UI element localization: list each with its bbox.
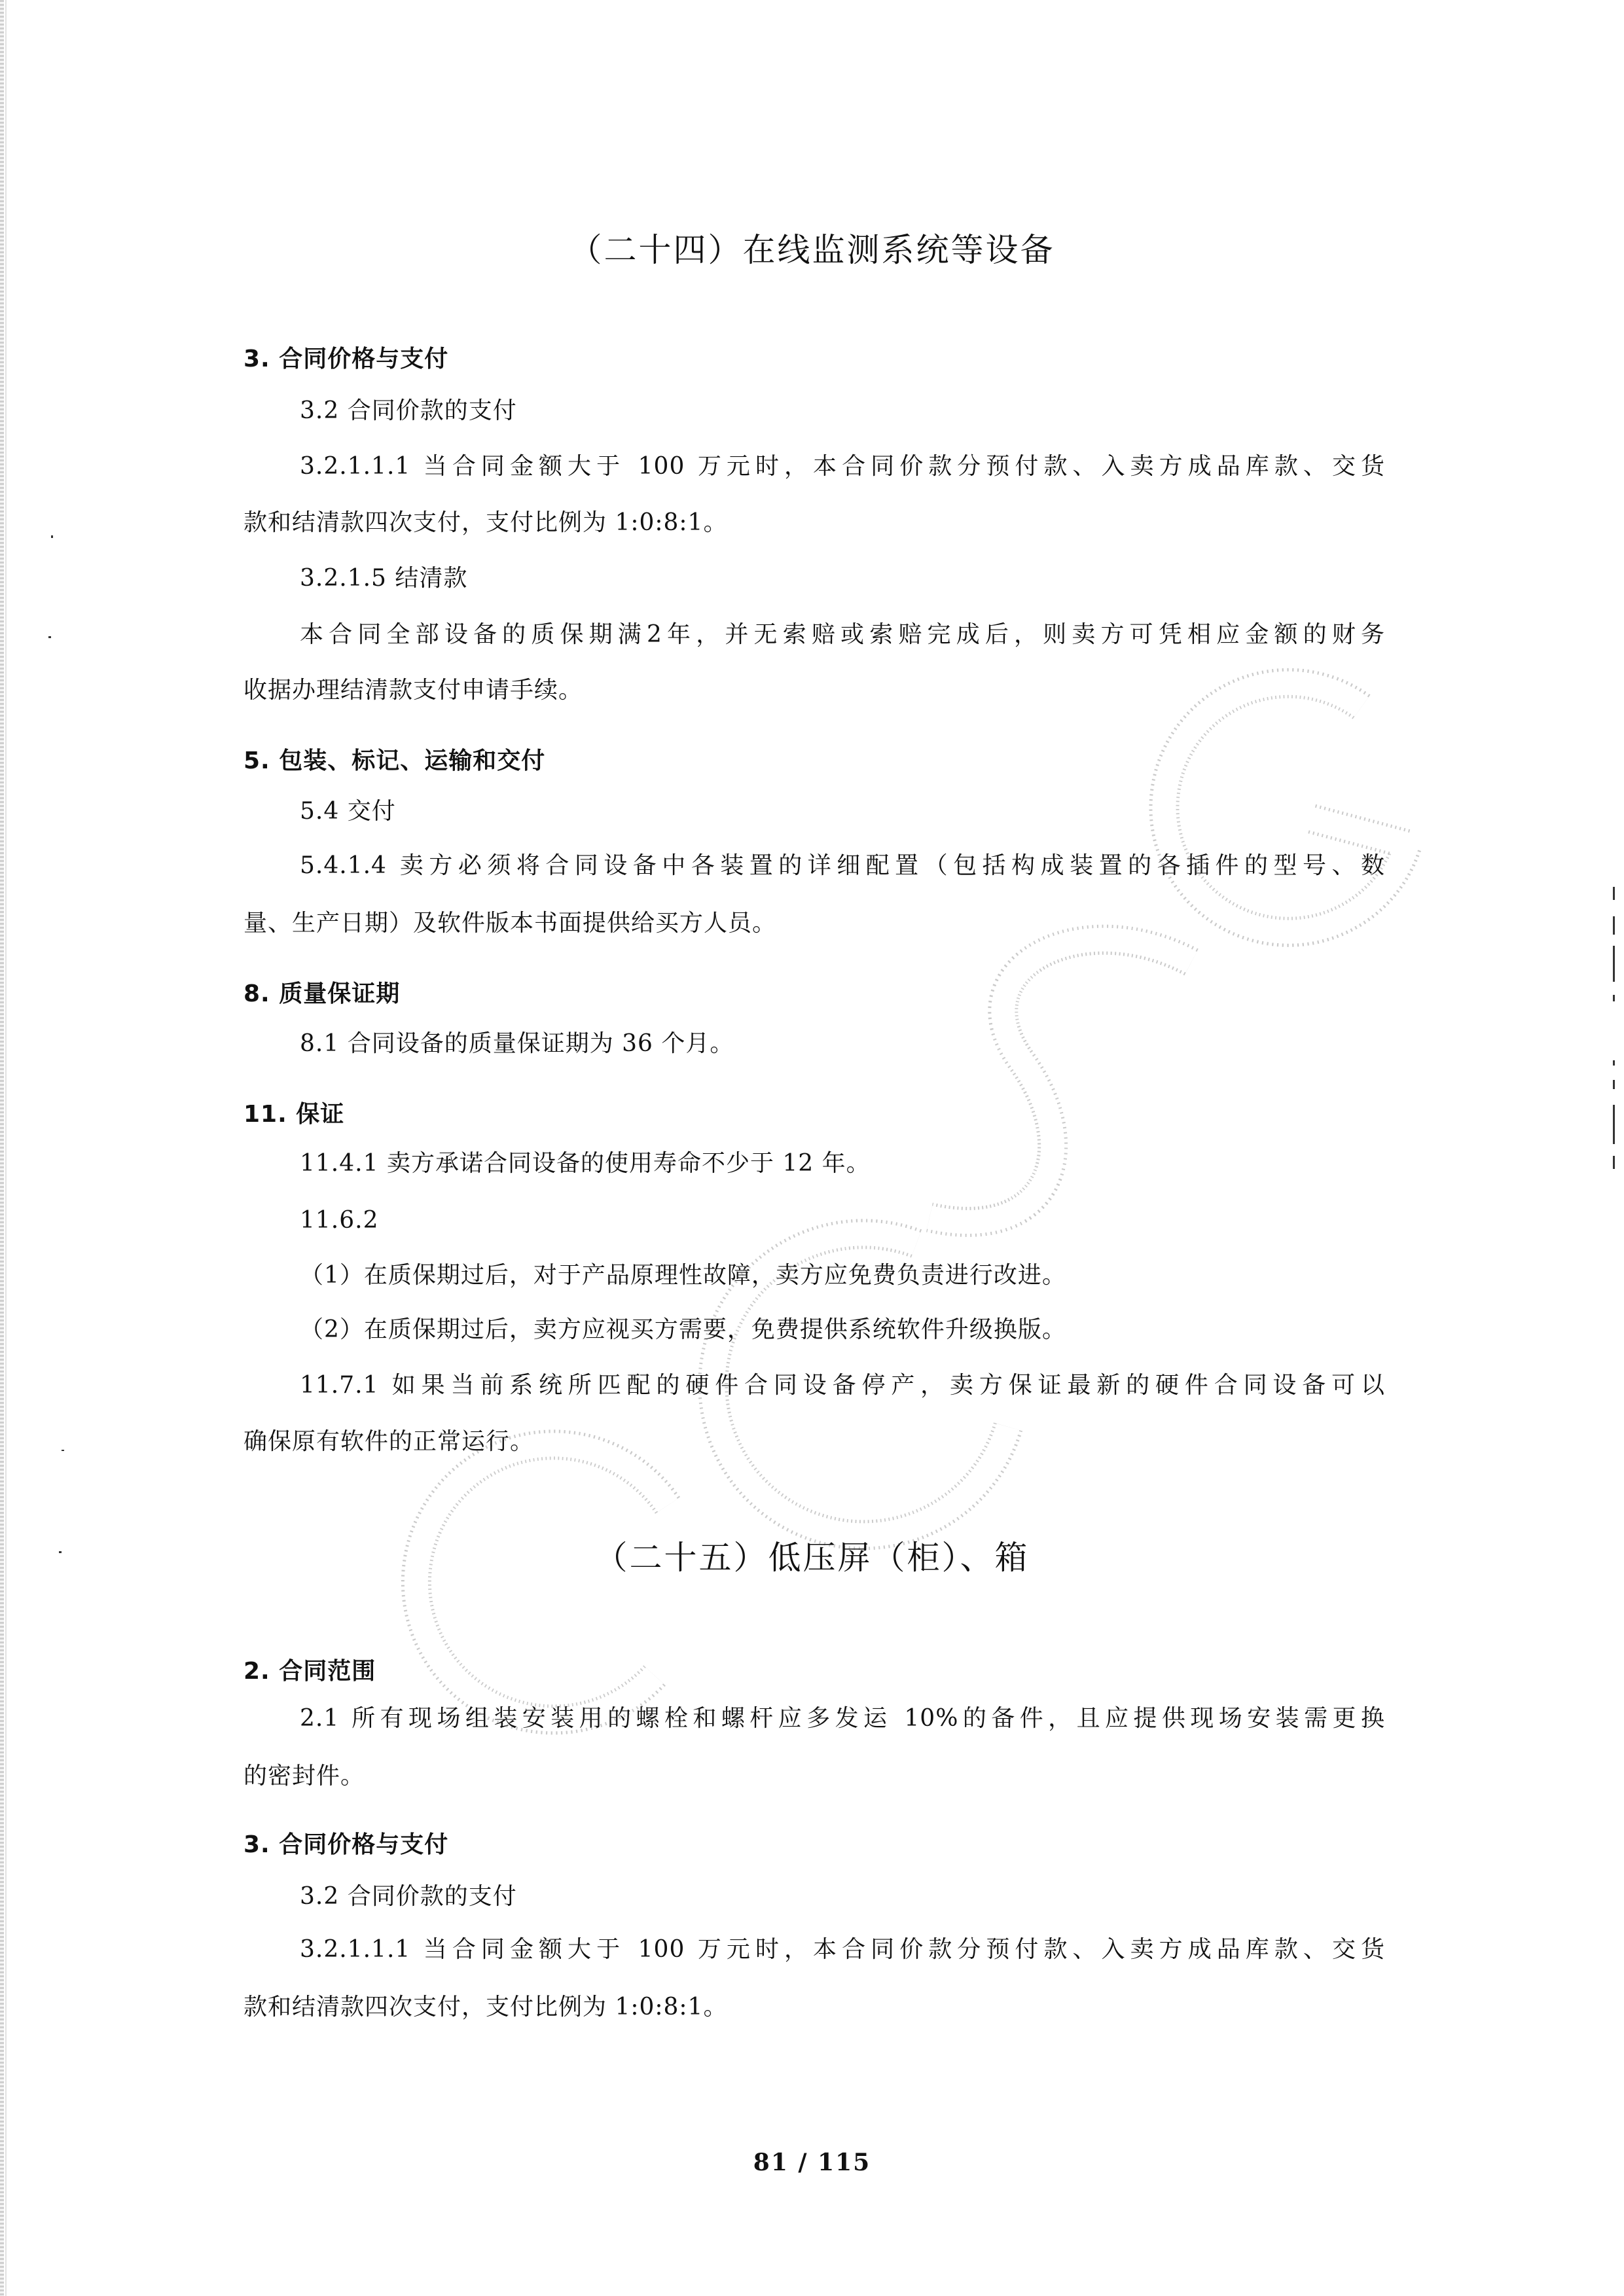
- edge-mark: [1613, 916, 1615, 935]
- scan-speck: [62, 1450, 64, 1451]
- paragraph: 本合同全部设备的质保期满2年，并无索赔或索赔完成后，则卖方可凭相应金额的财务: [300, 620, 1385, 649]
- section-title: （二十四）在线监测系统等设备: [0, 230, 1624, 270]
- clause-heading: 3. 合同价格与支付: [244, 1831, 448, 1859]
- list-item: （2）在质保期过后，卖方应视买方需要，免费提供系统软件升级换版。: [300, 1316, 1066, 1344]
- scan-speck: [59, 1551, 62, 1553]
- paragraph-continuation: 的密封件。: [244, 1762, 365, 1791]
- scan-border-line: [5, 0, 7, 2296]
- edge-mark: [1613, 887, 1615, 900]
- scan-speck: [48, 636, 51, 638]
- scan-border: [0, 0, 4, 2296]
- edge-mark: [1613, 1080, 1615, 1089]
- paragraph-continuation: 量、生产日期）及软件版本书面提供给买方人员。: [244, 909, 776, 938]
- subclause: 11.4.1 卖方承诺合同设备的使用寿命不少于 12 年。: [300, 1149, 871, 1178]
- paragraph: 3.2.1.1.1 当合同金额大于 100 万元时，本合同价款分预付款、入卖方成…: [300, 452, 1385, 481]
- clause-heading: 11. 保证: [244, 1100, 344, 1129]
- clause-heading: 8. 质量保证期: [244, 980, 400, 1009]
- list-item: （1）在质保期过后，对于产品原理性故障，卖方应免费负责进行改进。: [300, 1261, 1066, 1290]
- paragraph: 5.4.1.4 卖方必须将合同设备中各装置的详细配置（包括构成装置的各插件的型号…: [300, 852, 1385, 880]
- paragraph-continuation: 款和结清款四次支付，支付比例为 1:0:8:1。: [244, 1993, 727, 2022]
- paragraph: 11.7.1 如果当前系统所匹配的硬件合同设备停产，卖方保证最新的硬件合同设备可…: [300, 1371, 1385, 1400]
- paragraph-continuation: 确保原有软件的正常运行。: [244, 1427, 534, 1456]
- subclause: 11.6.2: [300, 1206, 379, 1235]
- subclause: 3.2 合同价款的支付: [300, 1882, 517, 1911]
- subclause: 3.2.1.5 结清款: [300, 564, 467, 593]
- scan-speck: [51, 535, 53, 538]
- section-title: （二十五）低压屏（柜）、箱: [0, 1538, 1624, 1577]
- subclause: 3.2 合同价款的支付: [300, 397, 517, 425]
- edge-mark: [1613, 1105, 1615, 1144]
- edge-mark: [1613, 946, 1615, 982]
- paragraph: 3.2.1.1.1 当合同金额大于 100 万元时，本合同价款分预付款、入卖方成…: [300, 1935, 1385, 1964]
- clause-heading: 2. 合同范围: [244, 1657, 376, 1686]
- paragraph-continuation: 收据办理结清款支付申请手续。: [244, 676, 583, 705]
- clause-heading: 5. 包装、标记、运输和交付: [244, 747, 545, 776]
- clause-heading: 3. 合同价格与支付: [244, 345, 448, 374]
- paragraph-continuation: 款和结清款四次支付，支付比例为 1:0:8:1。: [244, 509, 727, 537]
- edge-mark: [1613, 1060, 1615, 1066]
- subclause: 5.4 交付: [300, 797, 396, 826]
- paragraph: 2.1 所有现场组装安装用的螺栓和螺杆应多发运 10%的备件，且应提供现场安装需…: [300, 1704, 1385, 1733]
- edge-mark: [1613, 995, 1615, 1001]
- page-number: 81 / 115: [0, 2149, 1624, 2176]
- edge-mark: [1613, 1156, 1615, 1169]
- subclause: 8.1 合同设备的质量保证期为 36 个月。: [300, 1030, 734, 1058]
